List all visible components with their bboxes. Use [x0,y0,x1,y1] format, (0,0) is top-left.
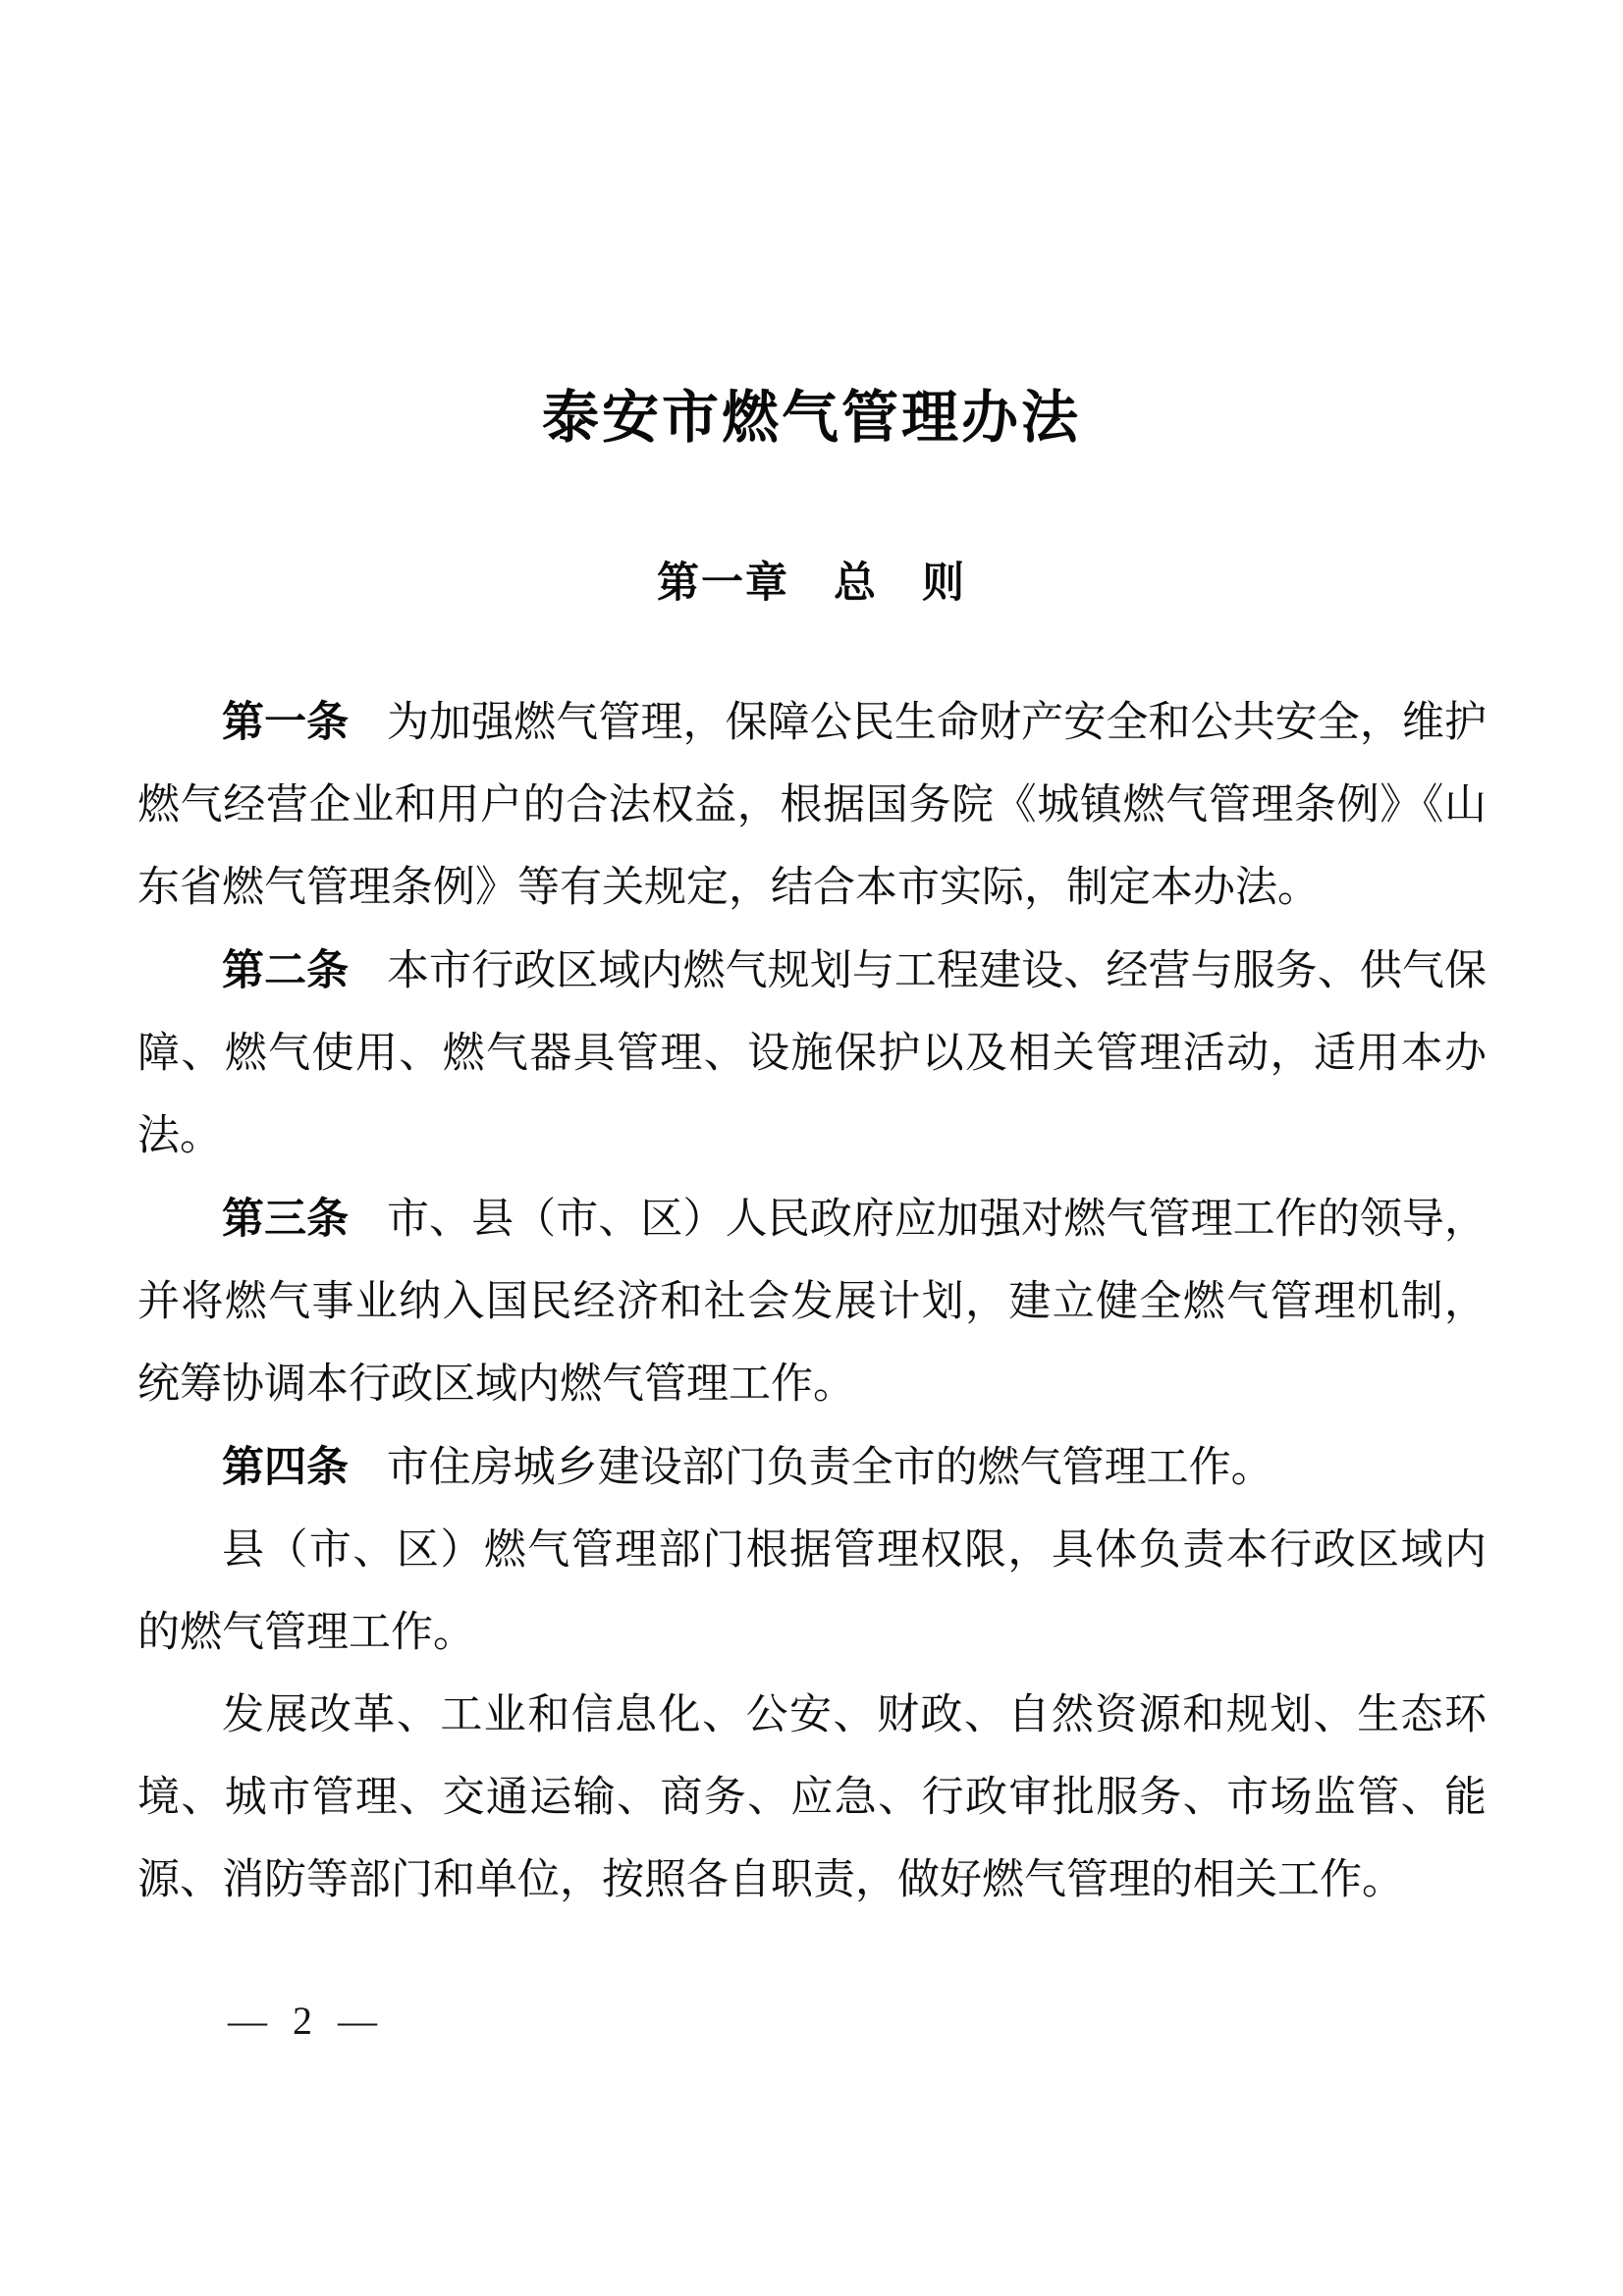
document-title: 泰安市燃气管理办法 [0,371,1623,454]
article-label: 第四条 [222,1444,349,1491]
document-body: 第一条为加强燃气管理，保障公民生命财产安全和公共安全，维护燃气经营企业和用户的合… [137,681,1487,1922]
article-label: 第二条 [222,947,349,994]
article-label: 第三条 [222,1196,349,1243]
paragraph: 县（市、区）燃气管理部门根据管理权限，具体负责本行政区域内的燃气管理工作。 [137,1510,1487,1675]
paragraph: 发展改革、工业和信息化、公安、财政、自然资源和规划、生态环境、城市管理、交通运输… [137,1675,1487,1922]
paragraph: 第三条市、县（市、区）人民政府应加强对燃气管理工作的领导，并将燃气事业纳入国民经… [137,1178,1487,1426]
document-page: 泰安市燃气管理办法 第一章 总 则 第一条为加强燃气管理，保障公民生命财产安全和… [0,0,1623,2296]
paragraph: 第四条市住房城乡建设部门负责全市的燃气管理工作。 [137,1426,1487,1510]
paragraph: 第一条为加强燃气管理，保障公民生命财产安全和公共安全，维护燃气经营企业和用户的合… [137,681,1487,930]
article-label: 第一条 [222,699,349,746]
paragraph: 第二条本市行政区域内燃气规划与工程建设、经营与服务、供气保障、燃气使用、燃气器具… [137,930,1487,1178]
page-number: — 2 — [228,1998,385,2044]
chapter-heading: 第一章 总 则 [0,550,1623,610]
